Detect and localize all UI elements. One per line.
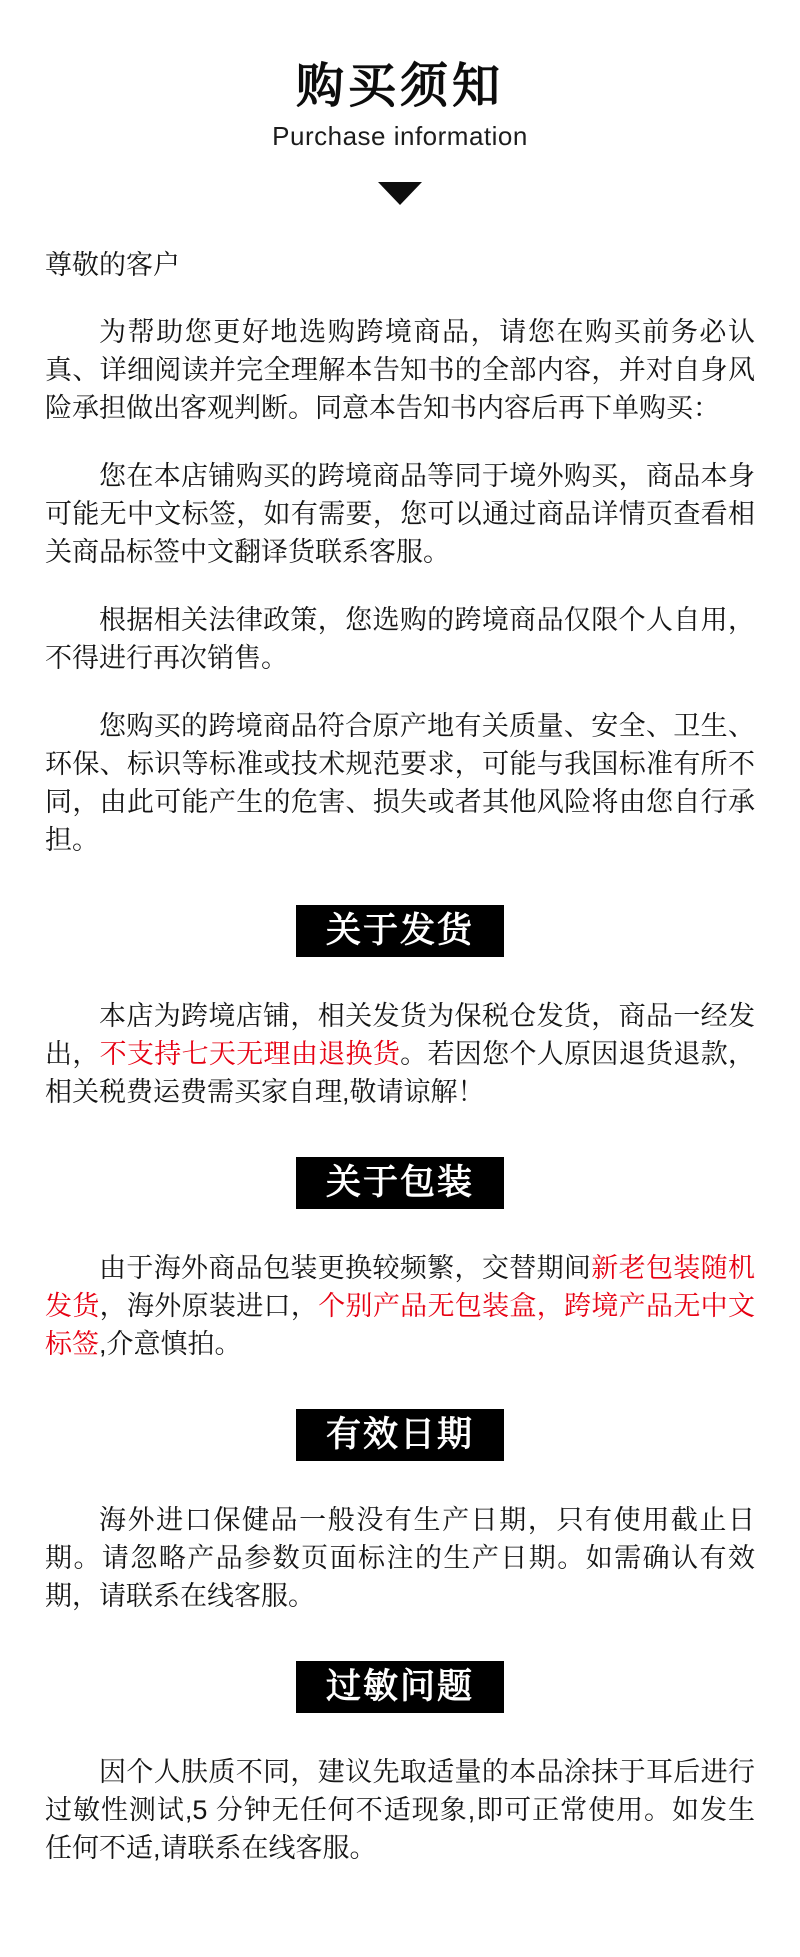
body-text: 海外进口保健品一般没有生产日期，只有使用截止日期。请忽略产品参数页面标注的生产日… xyxy=(45,1505,755,1611)
highlighted-text: 不支持七天无理由退换货 xyxy=(100,1039,401,1069)
section-shipping: 关于发货 本店为跨境店铺，相关发货为保税仓发货，商品一经发出，不支持七天无理由退… xyxy=(45,905,755,1111)
section-packaging: 关于包装 由于海外商品包装更换较频繁，交替期间新老包装随机发货，海外原装进口，个… xyxy=(45,1157,755,1363)
greeting-text: 尊敬的客户 xyxy=(45,247,755,283)
intro-paragraph-4: 您购买的跨境商品符合原产地有关质量、安全、卫生、环保、标识等标准或技术规范要求，… xyxy=(45,707,755,859)
section-expiry: 有效日期 海外进口保健品一般没有生产日期，只有使用截止日期。请忽略产品参数页面标… xyxy=(45,1409,755,1615)
body-text: ,介意慎拍。 xyxy=(99,1329,242,1359)
expiry-paragraph: 海外进口保健品一般没有生产日期，只有使用截止日期。请忽略产品参数页面标注的生产日… xyxy=(45,1501,755,1615)
allergy-paragraph: 因个人肤质不同，建议先取适量的本品涂抹于耳后进行过敏性测试,5 分钟无任何不适现… xyxy=(45,1753,755,1867)
section-heading-packaging: 关于包装 xyxy=(296,1157,504,1209)
intro-paragraph-2: 您在本店铺购买的跨境商品等同于境外购买，商品本身可能无中文标签，如有需要，您可以… xyxy=(45,457,755,571)
notice-header: 购买须知 Purchase information xyxy=(45,60,755,205)
intro-paragraph-1: 为帮助您更好地选购跨境商品，请您在购买前务必认真、详细阅读并完全理解本告知书的全… xyxy=(45,313,755,427)
section-heading-expiry: 有效日期 xyxy=(296,1409,504,1461)
section-allergy: 过敏问题 因个人肤质不同，建议先取适量的本品涂抹于耳后进行过敏性测试,5 分钟无… xyxy=(45,1661,755,1867)
body-text: 因个人肤质不同，建议先取适量的本品涂抹于耳后进行过敏性测试,5 分钟无任何不适现… xyxy=(45,1757,755,1863)
section-heading-allergy: 过敏问题 xyxy=(296,1661,504,1713)
purchase-notice-page: 购买须知 Purchase information 尊敬的客户 为帮助您更好地选… xyxy=(0,0,800,1957)
intro-paragraph-3: 根据相关法律政策，您选购的跨境商品仅限个人自用，不得进行再次销售。 xyxy=(45,601,755,677)
down-triangle-icon xyxy=(378,182,422,205)
page-subtitle: Purchase information xyxy=(45,120,755,152)
body-text: 根据相关法律政策，您选购的跨境商品仅限个人自用，不得进行再次销售。 xyxy=(45,605,755,673)
body-text: 由于海外商品包装更换较频繁，交替期间 xyxy=(99,1253,591,1283)
packaging-paragraph: 由于海外商品包装更换较频繁，交替期间新老包装随机发货，海外原装进口，个别产品无包… xyxy=(45,1249,755,1363)
body-text: 您购买的跨境商品符合原产地有关质量、安全、卫生、环保、标识等标准或技术规范要求，… xyxy=(45,711,755,855)
shipping-paragraph: 本店为跨境店铺，相关发货为保税仓发货，商品一经发出，不支持七天无理由退换货。若因… xyxy=(45,997,755,1111)
section-heading-shipping: 关于发货 xyxy=(296,905,504,957)
page-title: 购买须知 xyxy=(45,60,755,114)
body-text: 为帮助您更好地选购跨境商品，请您在购买前务必认真、详细阅读并完全理解本告知书的全… xyxy=(45,317,755,423)
body-text: ，海外原装进口， xyxy=(100,1291,319,1321)
body-text: 您在本店铺购买的跨境商品等同于境外购买，商品本身可能无中文标签，如有需要，您可以… xyxy=(45,461,755,567)
